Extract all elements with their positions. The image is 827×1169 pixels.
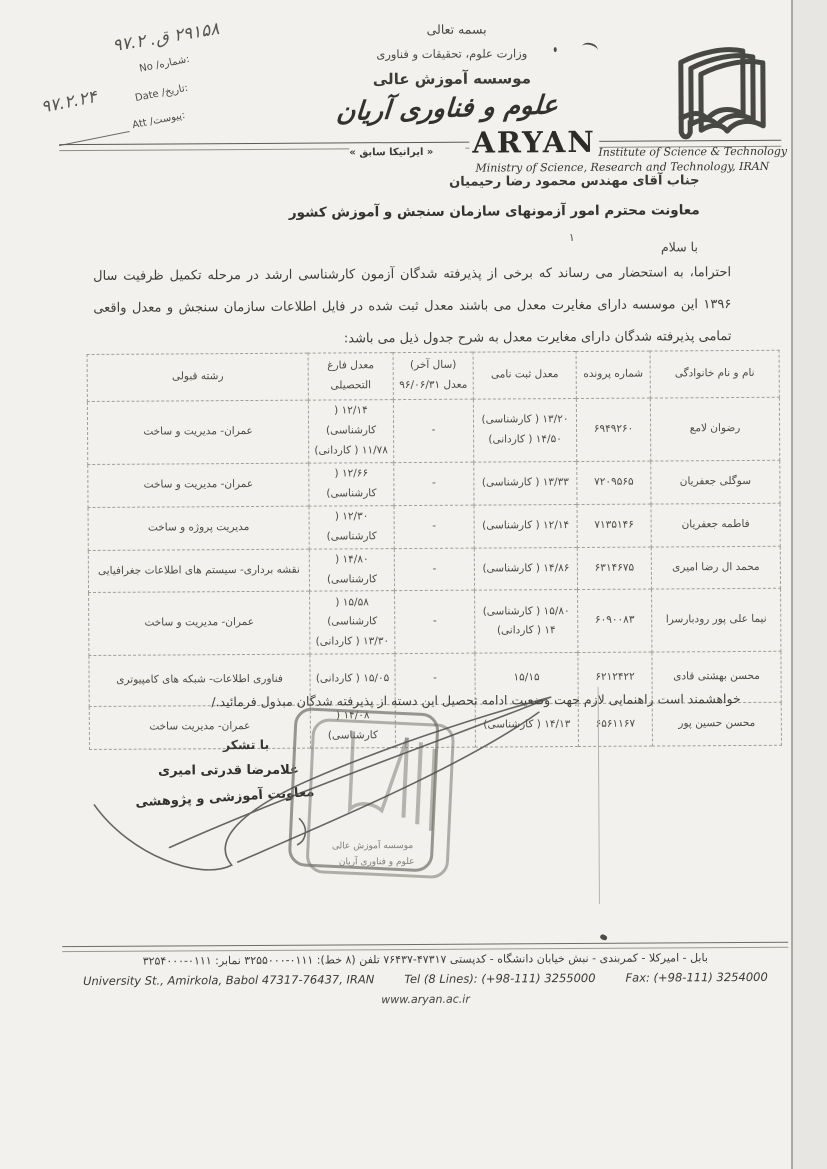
student-name: رضوان لامع [650,397,779,461]
graduation-gpa: ۱۲/۶۶ ( کارشناسی) [309,462,394,505]
accepted-major: مدیریت پروژه و ساخت [88,506,309,550]
last-year-gpa: - [393,399,473,462]
footer-en-fax: Fax: (+98-111) 3254000 [625,970,767,985]
student-name: محمد ال رضا امیری [651,546,780,590]
scan-edge-line [791,0,793,1169]
graduation-gpa: ۱۲/۳۰ ( کارشناسی) [309,505,394,548]
letter-attachment-label: Att /پیوست: [131,110,186,131]
scan-edge-band [792,0,827,1169]
student-name: فاطمه جعفریان [651,503,780,547]
registered-gpa: ۱۲/۱۴ ( کارشناسی) [474,504,577,548]
graduation-gpa: ۱۵/۵۸ ( کارشناسی) ۱۳/۳۰ ( کاردانی) [310,591,395,655]
letter-date-label: Date /تاریخ: [134,83,189,104]
graduation-gpa: ۱۲/۱۴ ( کارشناسی) ۱۱/۷۸ ( کاردانی) [308,400,393,463]
scanned-letter-page: ۲۹۱۵۸ ق. ۹۷.۲ No /شماره: ۹۷.۲.۲۴ Date /ت… [0,0,827,1169]
table-header-row: نام و نام خانوادگی شماره پرونده معدل ثبت… [87,350,779,401]
table-row: محمد ال رضا امیری ۶۳۱۴۶۷۵ ۱۴/۸۶ ( کارشنا… [88,546,780,593]
handwritten-signature [59,667,580,900]
last-year-gpa: - [395,591,475,654]
footer-website: www.aryan.ac.ir [63,991,789,1008]
registered-gpa: ۱۵/۸۰ ( کارشناسی) ۱۴ ( کاردانی) [475,590,578,654]
basmala-text: بسمه تعالی [367,21,547,37]
salutation-text: با سلام [661,239,698,254]
institute-type: موسسه آموزش عالی [327,69,577,89]
file-number: ۶۳۱۴۶۷۵ [577,547,651,590]
letter-number-handwritten: ۲۹۱۵۸ ق. ۹۷.۲ [20,19,221,71]
registered-gpa: ۱۴/۸۶ ( کارشناسی) [474,547,577,591]
letter-meta-block: ۲۹۱۵۸ ق. ۹۷.۲ No /شماره: ۹۷.۲.۲۴ Date /ت… [13,9,274,184]
file-number: ۶۰۹۰۰۸۳ [578,589,652,652]
col-header-reg-gpa: معدل ثبت نامی [473,352,576,400]
addressee-title: معاونت محترم امور آزمونهای سازمان سنجش و… [289,202,700,221]
table-row: نیما علی پور رودبارسرا ۶۰۹۰۰۸۳ ۱۵/۸۰ ( ک… [89,589,781,656]
institute-subtitle-en: Institute of Science & Technology [598,145,787,159]
table-row: سوگلی جعفریان ۷۲۰۹۵۶۵ ۱۳/۳۳ ( کارشناسی) … [88,460,780,507]
student-name: محسن حسین پور [652,703,781,747]
footer-address-fa: بابل - امیرکلا - کمربندی - نبش خیابان دا… [62,951,788,968]
accepted-major: عمران- مدیریت و ساخت [87,400,308,464]
registered-gpa: ۱۳/۲۰ ( کارشناسی) ۱۴/۵۰ ( کاردانی) [473,399,576,462]
letter-date-handwritten: ۹۷.۲.۲۴ [39,87,98,118]
file-number: ۶۵۶۱۱۶۷ [578,703,652,746]
col-header-last-year: (سال آخر) معدل ۹۶/۰۶/۳۱ [393,352,473,399]
footer-en-tel: Tel (8 Lines): (+98-111) 3255000 [404,971,595,986]
open-book-logo-icon [667,42,780,145]
ministry-name: وزارت علوم، تحقیقات و فناوری [327,46,577,62]
scan-tilt-wrapper: ۲۹۱۵۸ ق. ۹۷.۲ No /شماره: ۹۷.۲.۲۴ Date /ت… [0,0,827,1169]
aryan-wordmark: ARYAN [469,128,599,158]
col-header-grad-gpa: معدل فارغ التحصیلی [308,353,393,401]
body-line-1: احتراما، به استحضار می رساند که برخی از … [93,265,731,284]
file-number: ۷۲۰۹۵۶۵ [577,461,651,504]
institute-calligraphic-name: علوم و فناوری آریان [306,89,589,128]
student-name: سوگلی جعفریان [651,460,780,504]
col-header-major: رشته قبولی [87,353,308,401]
col-header-file-no: شماره پرونده [576,351,650,398]
file-number: ۶۹۴۹۲۶۰ [576,398,650,461]
footer-address-en: University St., Amirkola, Babol 47317-76… [62,970,788,988]
last-year-gpa: - [394,548,474,591]
table-row: فاطمه جعفریان ۷۱۳۵۱۴۶ ۱۲/۱۴ ( کارشناسی) … [88,503,780,550]
accepted-major: عمران- مدیریت و ساخت [89,592,310,656]
body-line-3: تمامی پذیرفته شدگان دارای مغایرت معدل به… [93,329,731,348]
accepted-major: عمران- مدیریت و ساخت [88,463,309,507]
table-row: رضوان لامع ۶۹۴۹۲۶۰ ۱۳/۲۰ ( کارشناسی) ۱۴/… [87,397,779,464]
student-name: نیما علی پور رودبارسرا [652,589,781,653]
graduation-gpa: ۱۴/۸۰ ( کارشناسی) [309,548,394,591]
last-year-gpa: - [394,462,474,505]
file-number: ۷۱۳۵۱۴۶ [577,504,651,547]
stray-pen-arc-mark [581,41,599,55]
registered-gpa: ۱۳/۳۳ ( کارشناسی) [474,461,577,505]
stray-pen-dot-mark [554,47,557,52]
stray-page-mark: ۱ [569,231,575,244]
addressee-name: جناب آقای مهندس محمود رضا رحیمیان [449,173,700,190]
ministry-subtitle-en: Ministry of Science, Research and Techno… [475,160,769,175]
footer-en-address: University St., Amirkola, Babol 47317-76… [83,972,374,988]
last-year-gpa: - [394,505,474,548]
former-name-text: « ایرانیکا سابق » [349,147,465,159]
stray-smudge-mark [599,934,607,941]
accepted-major: نقشه برداری- سیستم های اطلاعات جغرافیایی [88,549,309,593]
col-header-name: نام و نام خانوادگی [650,350,779,398]
letter-number-label: No /شماره: [138,54,190,75]
body-line-2: ۱۳۹۶ این موسسه دارای مغایرت معدل می باشن… [93,297,731,316]
